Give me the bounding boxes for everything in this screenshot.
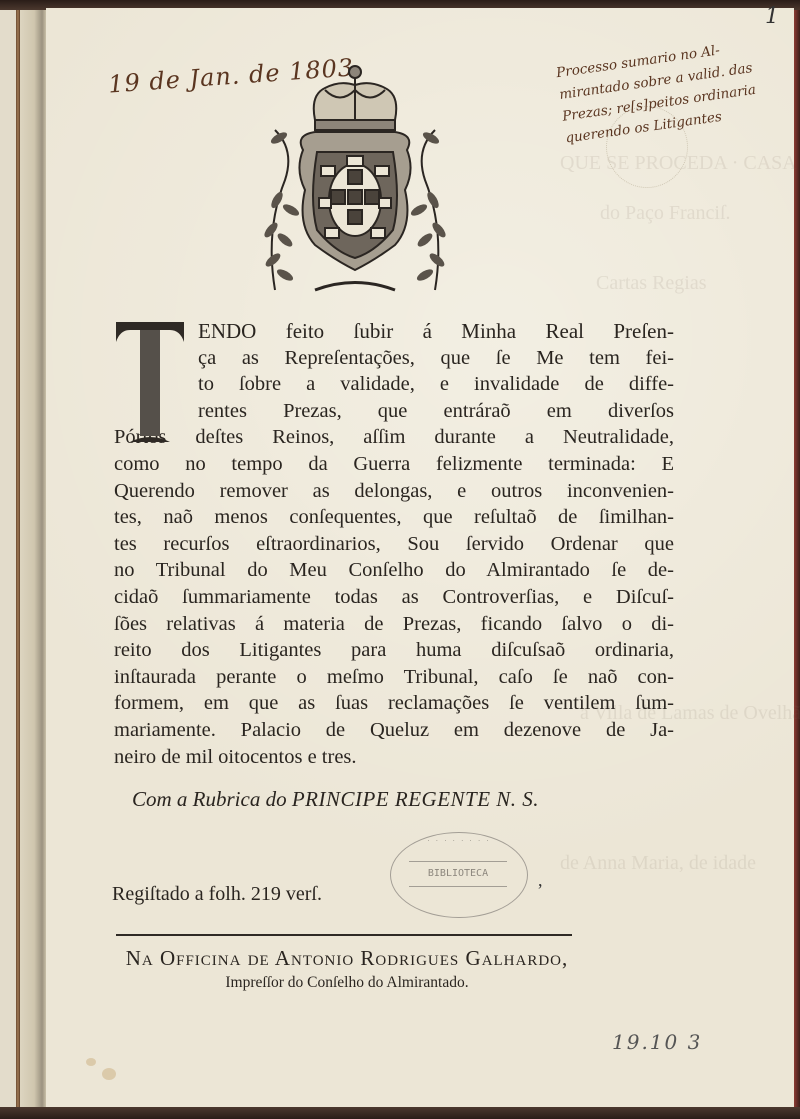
bleed-through-text: do Paço Franciſ. xyxy=(600,200,731,226)
foxing-stain xyxy=(86,1058,96,1066)
registration-note: Regiſtado a folh. 219 verſ. xyxy=(112,883,322,906)
body-line: inſtaurada perante o meſmo Tribunal, caſ… xyxy=(114,664,674,691)
body-line: mariamente. Palacio de Queluz em dezenov… xyxy=(114,717,674,744)
scan-bottom-edge xyxy=(0,1107,800,1119)
mark-tick: , xyxy=(538,870,543,891)
stamp-center-text: BIBLIOTECA xyxy=(409,861,507,887)
body-line: cidaõ ſummariamente todas as Controverſi… xyxy=(114,584,674,611)
body-line: rentes Prezas, que entráraõ em diverſos xyxy=(114,398,674,425)
body-line: formem, em que as ſuas reclamações ſe ve… xyxy=(114,690,674,717)
page-gutter xyxy=(20,10,46,1107)
horizontal-rule xyxy=(116,934,572,936)
foxing-stain xyxy=(102,1068,116,1080)
body-line: no Tribunal do Meu Conſelho do Almiranta… xyxy=(114,557,674,584)
body-line: ça as Repreſentações, que ſe Me tem fei- xyxy=(114,345,674,372)
body-line: como no tempo da Guerra felizmente termi… xyxy=(114,451,674,478)
signature-prefix: Com a Rubrica do xyxy=(132,787,287,811)
signature-title: PRINCIPE REGENTE N. S. xyxy=(292,787,539,811)
body-line: tes recurſos eſtraordinarios, Sou ſervid… xyxy=(114,531,674,558)
body-line: tes, naõ menos conſequentes, que reſulta… xyxy=(114,504,674,531)
body-line: reito dos Litigantes para huma diſcuſsaõ… xyxy=(114,637,674,664)
bleed-through-text: Cartas Regias xyxy=(596,270,707,296)
stamp-ring-text: · · · · · · · · xyxy=(391,837,527,845)
body-line: Querendo remover as delongas, e outros i… xyxy=(114,478,674,505)
pencil-shelfmark: 19.10 3 xyxy=(612,1030,702,1054)
printer-imprint: Na Officina de Antonio Rodrigues Galhard… xyxy=(112,946,582,971)
decree-body: T ENDO feito ſubir á Minha Real Preſen- … xyxy=(114,318,674,770)
folio-number: 1 xyxy=(765,4,779,29)
printer-role: Impreſſor do Conſelho do Almirantado. xyxy=(112,974,582,992)
royal-coat-of-arms-icon xyxy=(255,60,455,302)
drop-cap-letter: T xyxy=(114,320,186,444)
body-line: Pórtos deſtes Reinos, aſſim durante a Ne… xyxy=(114,424,674,451)
library-stamp-icon: · · · · · · · · BIBLIOTECA xyxy=(390,832,528,918)
body-line: ſões relativas á materia de Prezas, fica… xyxy=(114,611,674,638)
body-line: ENDO feito ſubir á Minha Real Preſen- xyxy=(114,318,674,345)
bleed-through-text: de Anna Maria, de idade xyxy=(560,850,756,876)
body-line: neiro de mil oitocentos e tres. xyxy=(114,744,674,771)
signature-line: Com a Rubrica do PRINCIPE REGENTE N. S. xyxy=(132,787,539,812)
body-line: to ſobre a validade, e invalidade de dif… xyxy=(114,371,674,398)
